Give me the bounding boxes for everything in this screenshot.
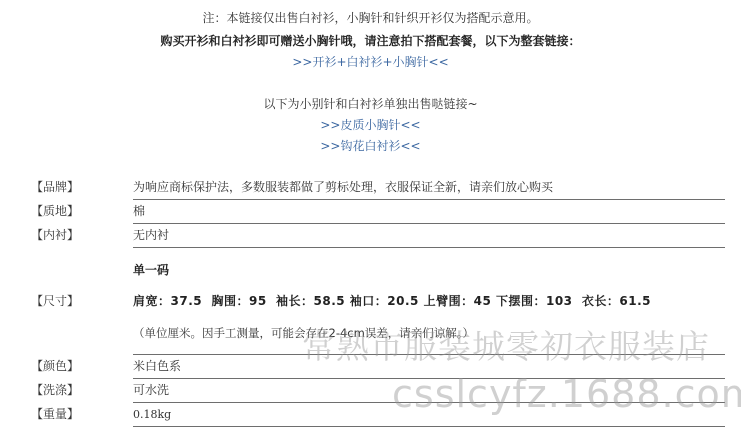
brand-label: 【品牌】 [31,179,79,195]
leather-brooch-link-row: >>皮质小胸针<< [0,117,741,133]
lining-label: 【内衬】 [31,227,79,243]
divider [133,402,725,403]
crochet-shirt-link-row: >>钩花白衬衫<< [0,138,741,154]
set-link-row: >>开衫+白衬衫+小胸针<< [0,54,741,70]
weight-value: 0.18kg [133,407,171,423]
washing-label: 【洗涤】 [31,382,79,398]
header-notice: 注：本链接仅出售白衬衫，小胸针和针织开衫仅为搭配示意用。 [0,10,741,26]
material-label: 【质地】 [31,203,79,219]
divider [133,247,725,248]
color-value: 米白色系 [133,358,181,374]
promo-text: 购买开衫和白衬衫即可赠送小胸针哦，请注意拍下搭配套餐，以下为整套链接： [0,33,741,49]
lining-value: 无内衬 [133,227,169,243]
crochet-shirt-link[interactable]: >>钩花白衬衫<< [320,139,420,153]
washing-value: 可水洗 [133,382,169,398]
divider [133,426,725,427]
material-value: 棉 [133,203,145,219]
leather-brooch-link[interactable]: >>皮质小胸针<< [320,118,420,132]
color-label: 【颜色】 [31,358,79,374]
divider [133,378,725,379]
divider [133,199,725,200]
weight-label: 【重量】 [31,406,79,422]
divider [133,223,725,224]
separate-intro: 以下为小别针和白衬衫单独出售哒链接~ [0,96,741,112]
set-link[interactable]: >>开衫+白衬衫+小胸针<< [292,55,448,69]
size-measurements: 肩宽：37.5 胸围：95 袖长：58.5 袖口：20.5 上臂围：45 下摆围… [133,293,651,309]
size-note: （单位厘米。因手工测量，可能会存在2-4cm误差，请亲们谅解。） [133,325,474,341]
size-label: 【尺寸】 [31,293,79,309]
size-title: 单一码 [133,262,169,278]
divider [133,354,725,355]
brand-value: 为响应商标保护法，多数服装都做了剪标处理，衣服保证全新，请亲们放心购买 [133,179,553,195]
